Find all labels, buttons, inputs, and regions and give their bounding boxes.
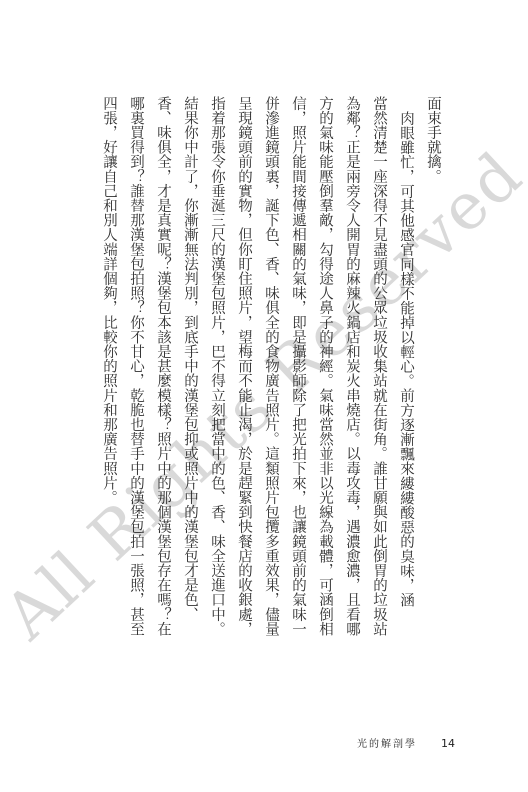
body-text: 面束手就擒。 肉眼雖忙，可其他感官同樣不能掉以輕心。前方逐漸飄來縷縷酸惡的臭味，…: [95, 96, 446, 640]
text-column: 當然清楚一座深得不見盡頭的公眾垃圾收集站就在街角。誰甘願與如此倒胃的垃圾站: [365, 96, 392, 640]
text-column: 方的氣味能壓倒羣敵，勾得途人鼻子的神經。氣味當然並非以光線為載體，可涵倒相: [311, 96, 338, 640]
text-column: 四張，好讓自己和別人端詳個夠，比較你的照片和那廣告照片。: [95, 96, 122, 640]
text-column: 哪裏買得到？誰替那漢堡包拍照？你不甘心，乾脆也替手中的漢堡包拍一張照，甚至: [122, 96, 149, 640]
page-footer: 光的解剖學 14: [357, 735, 455, 750]
text-column: 肉眼雖忙，可其他感官同樣不能掉以輕心。前方逐漸飄來縷縷酸惡的臭味，涵: [392, 96, 419, 640]
footer-book-title: 光的解剖學: [357, 735, 417, 750]
text-column: 結果你中計了，你漸漸無法判別，到底手中的漢堡包抑或照片中的漢堡包才是色、: [176, 96, 203, 640]
footer-page-number: 14: [441, 737, 455, 750]
text-column: 面束手就擒。: [419, 96, 446, 640]
text-column: 為鄰？正是兩旁令人開胃的麻辣火鍋店和炭火串燒店。以毒攻毒，遇濃愈濃，且看哪: [338, 96, 365, 640]
text-column: 香、味俱全，才是真實呢？漢堡包本該是甚麼模樣？照片中的那個漢堡包存在嗎？在: [149, 96, 176, 640]
text-column: 併滲進鏡頭裏，誕下色、香、味俱全的食物廣告照片。這類照片包攬多重效果，儘量: [257, 96, 284, 640]
text-column: 信，照片能間接傳遞相關的氣味，即是攝影師除了把光拍下來，也讓鏡頭前的氣味一: [284, 96, 311, 640]
text-column: 呈現鏡頭前的實物，但你盯住照片，望梅而不能止渴，於是趕緊到快餐店的收銀處，: [230, 96, 257, 640]
book-page: All Rights Reserved 面束手就擒。 肉眼雖忙，可其他感官同樣不…: [0, 0, 528, 792]
text-column: 指着那張令你垂涎三尺的漢堡包照片，巴不得立刻把當中的色、香、味全送進口中。: [203, 96, 230, 640]
